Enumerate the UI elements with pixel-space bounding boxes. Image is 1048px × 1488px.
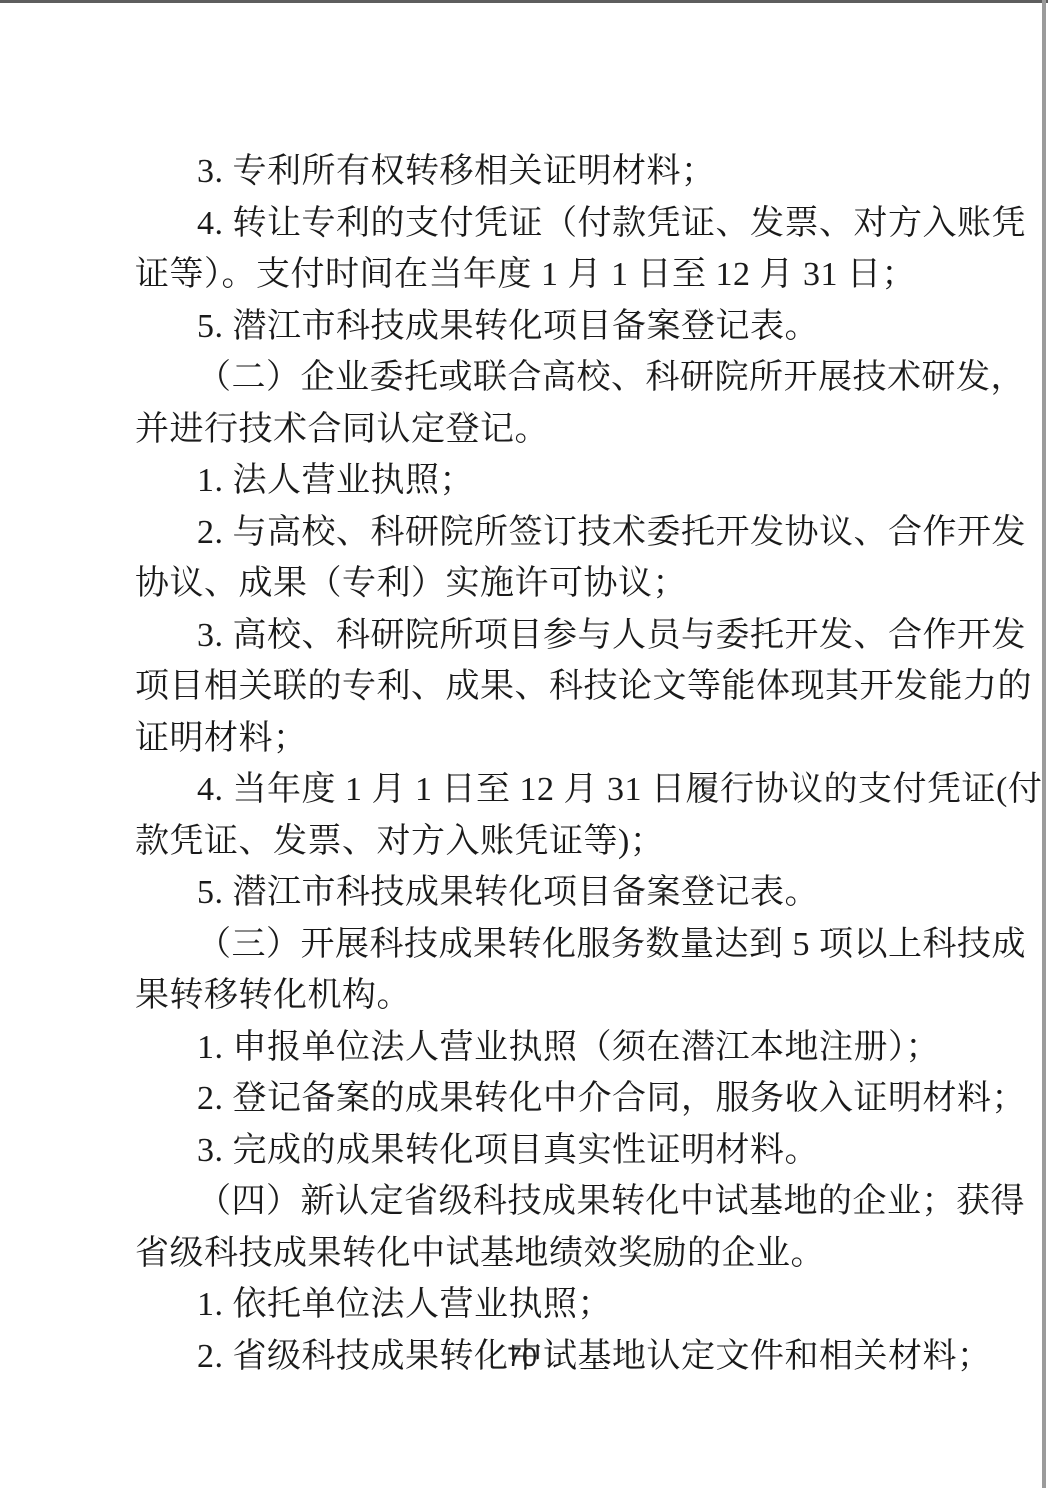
page-right-edge — [1042, 0, 1046, 1488]
text-line: 3. 完成的成果转化项目真实性证明材料。 — [135, 1125, 927, 1177]
page-number: 70 — [0, 1342, 1044, 1373]
text-line: 3. 高校、科研院所项目参与人员与委托开发、合作开发 — [135, 610, 927, 662]
document-page: 3. 专利所有权转移相关证明材料；4. 转让专利的支付凭证（付款凭证、发票、对方… — [0, 0, 1048, 1488]
text-line: 3. 专利所有权转移相关证明材料； — [135, 146, 927, 198]
text-line: （二）企业委托或联合高校、科研院所开展技术研发， — [135, 352, 927, 404]
document-body: 3. 专利所有权转移相关证明材料；4. 转让专利的支付凭证（付款凭证、发票、对方… — [135, 146, 927, 1382]
text-line: 4. 当年度 1 月 1 日至 12 月 31 日履行协议的支付凭证(付 — [135, 764, 927, 816]
text-line: 1. 依托单位法人营业执照； — [135, 1279, 927, 1331]
text-line: （四）新认定省级科技成果转化中试基地的企业；获得 — [135, 1176, 927, 1228]
text-line: 并进行技术合同认定登记。 — [135, 404, 927, 456]
text-line: 5. 潜江市科技成果转化项目备案登记表。 — [135, 301, 927, 353]
text-line: 5. 潜江市科技成果转化项目备案登记表。 — [135, 867, 927, 919]
text-line: 2. 登记备案的成果转化中介合同，服务收入证明材料； — [135, 1073, 927, 1125]
text-line: 证明材料； — [135, 713, 927, 765]
text-line: 协议、成果（专利）实施许可协议； — [135, 558, 927, 610]
text-line: 2. 与高校、科研院所签订技术委托开发协议、合作开发 — [135, 507, 927, 559]
text-line: 省级科技成果转化中试基地绩效奖励的企业。 — [135, 1228, 927, 1280]
text-line: 4. 转让专利的支付凭证（付款凭证、发票、对方入账凭 — [135, 198, 927, 250]
text-line: 果转移转化机构。 — [135, 970, 927, 1022]
text-line: 1. 法人营业执照； — [135, 455, 927, 507]
text-line: 款凭证、发票、对方入账凭证等)； — [135, 816, 927, 868]
page-top-edge — [0, 0, 1048, 3]
text-line: 证等）。支付时间在当年度 1 月 1 日至 12 月 31 日； — [135, 249, 927, 301]
text-line: 1. 申报单位法人营业执照（须在潜江本地注册）； — [135, 1022, 927, 1074]
text-line: （三）开展科技成果转化服务数量达到 5 项以上科技成 — [135, 919, 927, 971]
text-line: 项目相关联的专利、成果、科技论文等能体现其开发能力的 — [135, 661, 927, 713]
